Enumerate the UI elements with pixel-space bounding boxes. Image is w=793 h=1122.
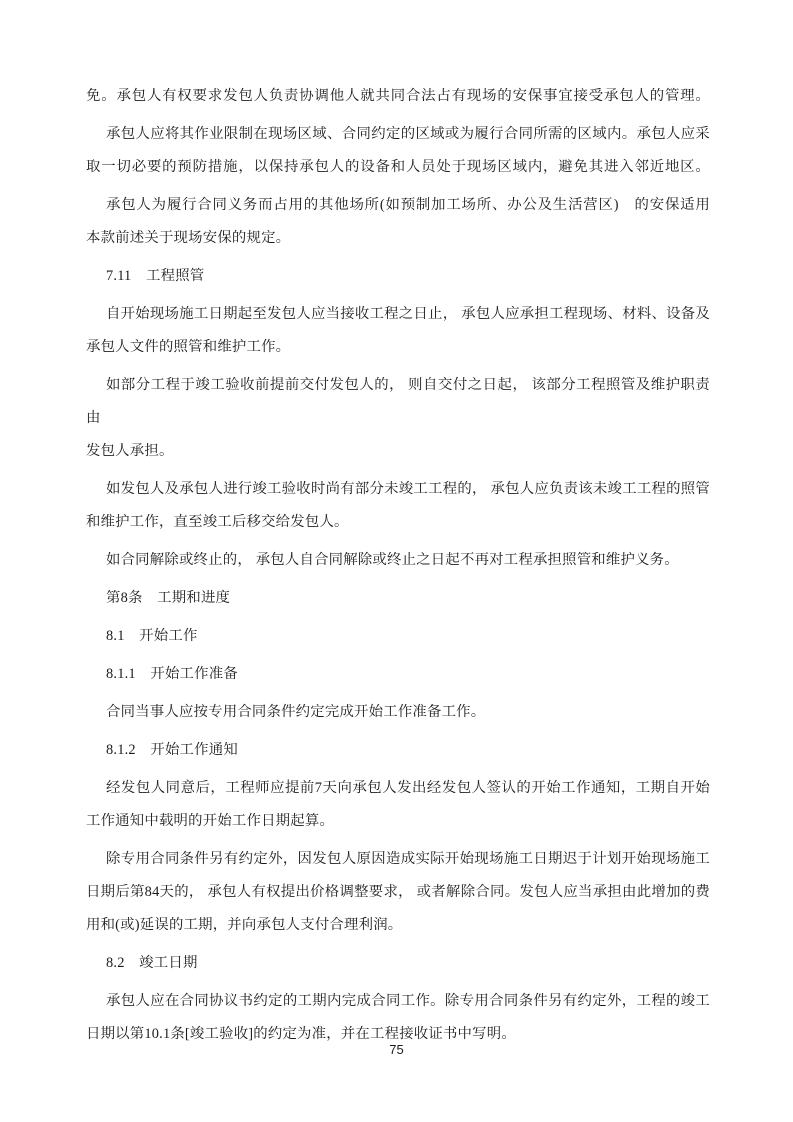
page-number: 75 [0, 1040, 793, 1060]
document-body: 免。承包人有权要求发包人负责协调他人就共同合法占有现场的安保事宜接受承包人的管理… [86, 80, 710, 1051]
text-line: 8.1.2 开始工作通知 [86, 734, 710, 767]
text-line: 8.2 竣工日期 [86, 947, 710, 980]
text-line: 如发包人及承包人进行竣工验收时尚有部分未竣工工程的， 承包人应负责该未竣工工程的… [86, 473, 710, 506]
text-line: 和维护工作，直至竣工后移交给发包人。 [86, 506, 710, 539]
text-line: 8.1.1 开始工作准备 [86, 658, 710, 691]
section-heading: 8.1.2 开始工作通知 [86, 734, 710, 767]
paragraph: 承包人应将其作业限制在现场区域、合同约定的区域或为履行合同所需的区域内。承包人应… [86, 118, 710, 184]
text-line: 本款前述关于现场安保的规定。 [86, 222, 710, 255]
section-heading: 8.1 开始工作 [86, 620, 710, 653]
text-line: 如部分工程于竣工验收前提前交付发包人的， 则自交付之日起， 该部分工程照管及维护… [86, 369, 710, 435]
text-line: 取一切必要的预防措施，以保持承包人的设备和人员处于现场区域内，避免其进入邻近地区… [86, 151, 710, 184]
text-line: 免。承包人有权要求发包人负责协调他人就共同合法占有现场的安保事宜接受承包人的管理… [86, 80, 710, 113]
paragraph: 合同当事人应按专用合同条件约定完成开始工作准备工作。 [86, 696, 710, 729]
text-line: 第8条 工期和进度 [86, 582, 710, 615]
text-line: 承包人应将其作业限制在现场区域、合同约定的区域或为履行合同所需的区域内。承包人应… [86, 118, 710, 151]
text-line: 日期后第84天的， 承包人有权提出价格调整要求， 或者解除合同。发包人应当承担由… [86, 876, 710, 909]
text-line: 合同当事人应按专用合同条件约定完成开始工作准备工作。 [86, 696, 710, 729]
section-heading: 第8条 工期和进度 [86, 582, 710, 615]
text-line: 除专用合同条件另有约定外，因发包人原因造成实际开始现场施工日期迟于计划开始现场施… [86, 843, 710, 876]
paragraph: 除专用合同条件另有约定外，因发包人原因造成实际开始现场施工日期迟于计划开始现场施… [86, 843, 710, 942]
paragraph: 经发包人同意后，工程师应提前7天向承包人发出经发包人签认的开始工作通知，工期自开… [86, 772, 710, 838]
text-line: 7.11 工程照管 [86, 260, 710, 293]
section-heading: 8.2 竣工日期 [86, 947, 710, 980]
text-line: 用和(或)延误的工期，并向承包人支付合理利润。 [86, 909, 710, 942]
text-line: 如合同解除或终止的， 承包人自合同解除或终止之日起不再对工程承担照管和维护义务。 [86, 544, 710, 577]
text-line: 发包人承担。 [86, 435, 710, 468]
text-line: 工作通知中载明的开始工作日期起算。 [86, 805, 710, 838]
text-line: 经发包人同意后，工程师应提前7天向承包人发出经发包人签认的开始工作通知，工期自开… [86, 772, 710, 805]
text-line: 承包人文件的照管和维护工作。 [86, 331, 710, 364]
text-line: 承包人应在合同协议书约定的工期内完成合同工作。除专用合同条件另有约定外，工程的竣… [86, 985, 710, 1018]
paragraph: 承包人为履行合同义务而占用的其他场所(如预制加工场所、办公及生活营区) 的安保适… [86, 189, 710, 255]
document-page: 免。承包人有权要求发包人负责协调他人就共同合法占有现场的安保事宜接受承包人的管理… [0, 0, 793, 1122]
text-line: 承包人为履行合同义务而占用的其他场所(如预制加工场所、办公及生活营区) 的安保适… [86, 189, 710, 222]
section-heading: 7.11 工程照管 [86, 260, 710, 293]
paragraph: 自开始现场施工日期起至发包人应当接收工程之日止， 承包人应承担工程现场、材料、设… [86, 298, 710, 364]
section-heading: 8.1.1 开始工作准备 [86, 658, 710, 691]
paragraph: 如合同解除或终止的， 承包人自合同解除或终止之日起不再对工程承担照管和维护义务。 [86, 544, 710, 577]
paragraph: 如发包人及承包人进行竣工验收时尚有部分未竣工工程的， 承包人应负责该未竣工工程的… [86, 473, 710, 539]
text-line: 8.1 开始工作 [86, 620, 710, 653]
paragraph: 免。承包人有权要求发包人负责协调他人就共同合法占有现场的安保事宜接受承包人的管理… [86, 80, 710, 113]
paragraph: 如部分工程于竣工验收前提前交付发包人的， 则自交付之日起， 该部分工程照管及维护… [86, 369, 710, 468]
text-line: 自开始现场施工日期起至发包人应当接收工程之日止， 承包人应承担工程现场、材料、设… [86, 298, 710, 331]
